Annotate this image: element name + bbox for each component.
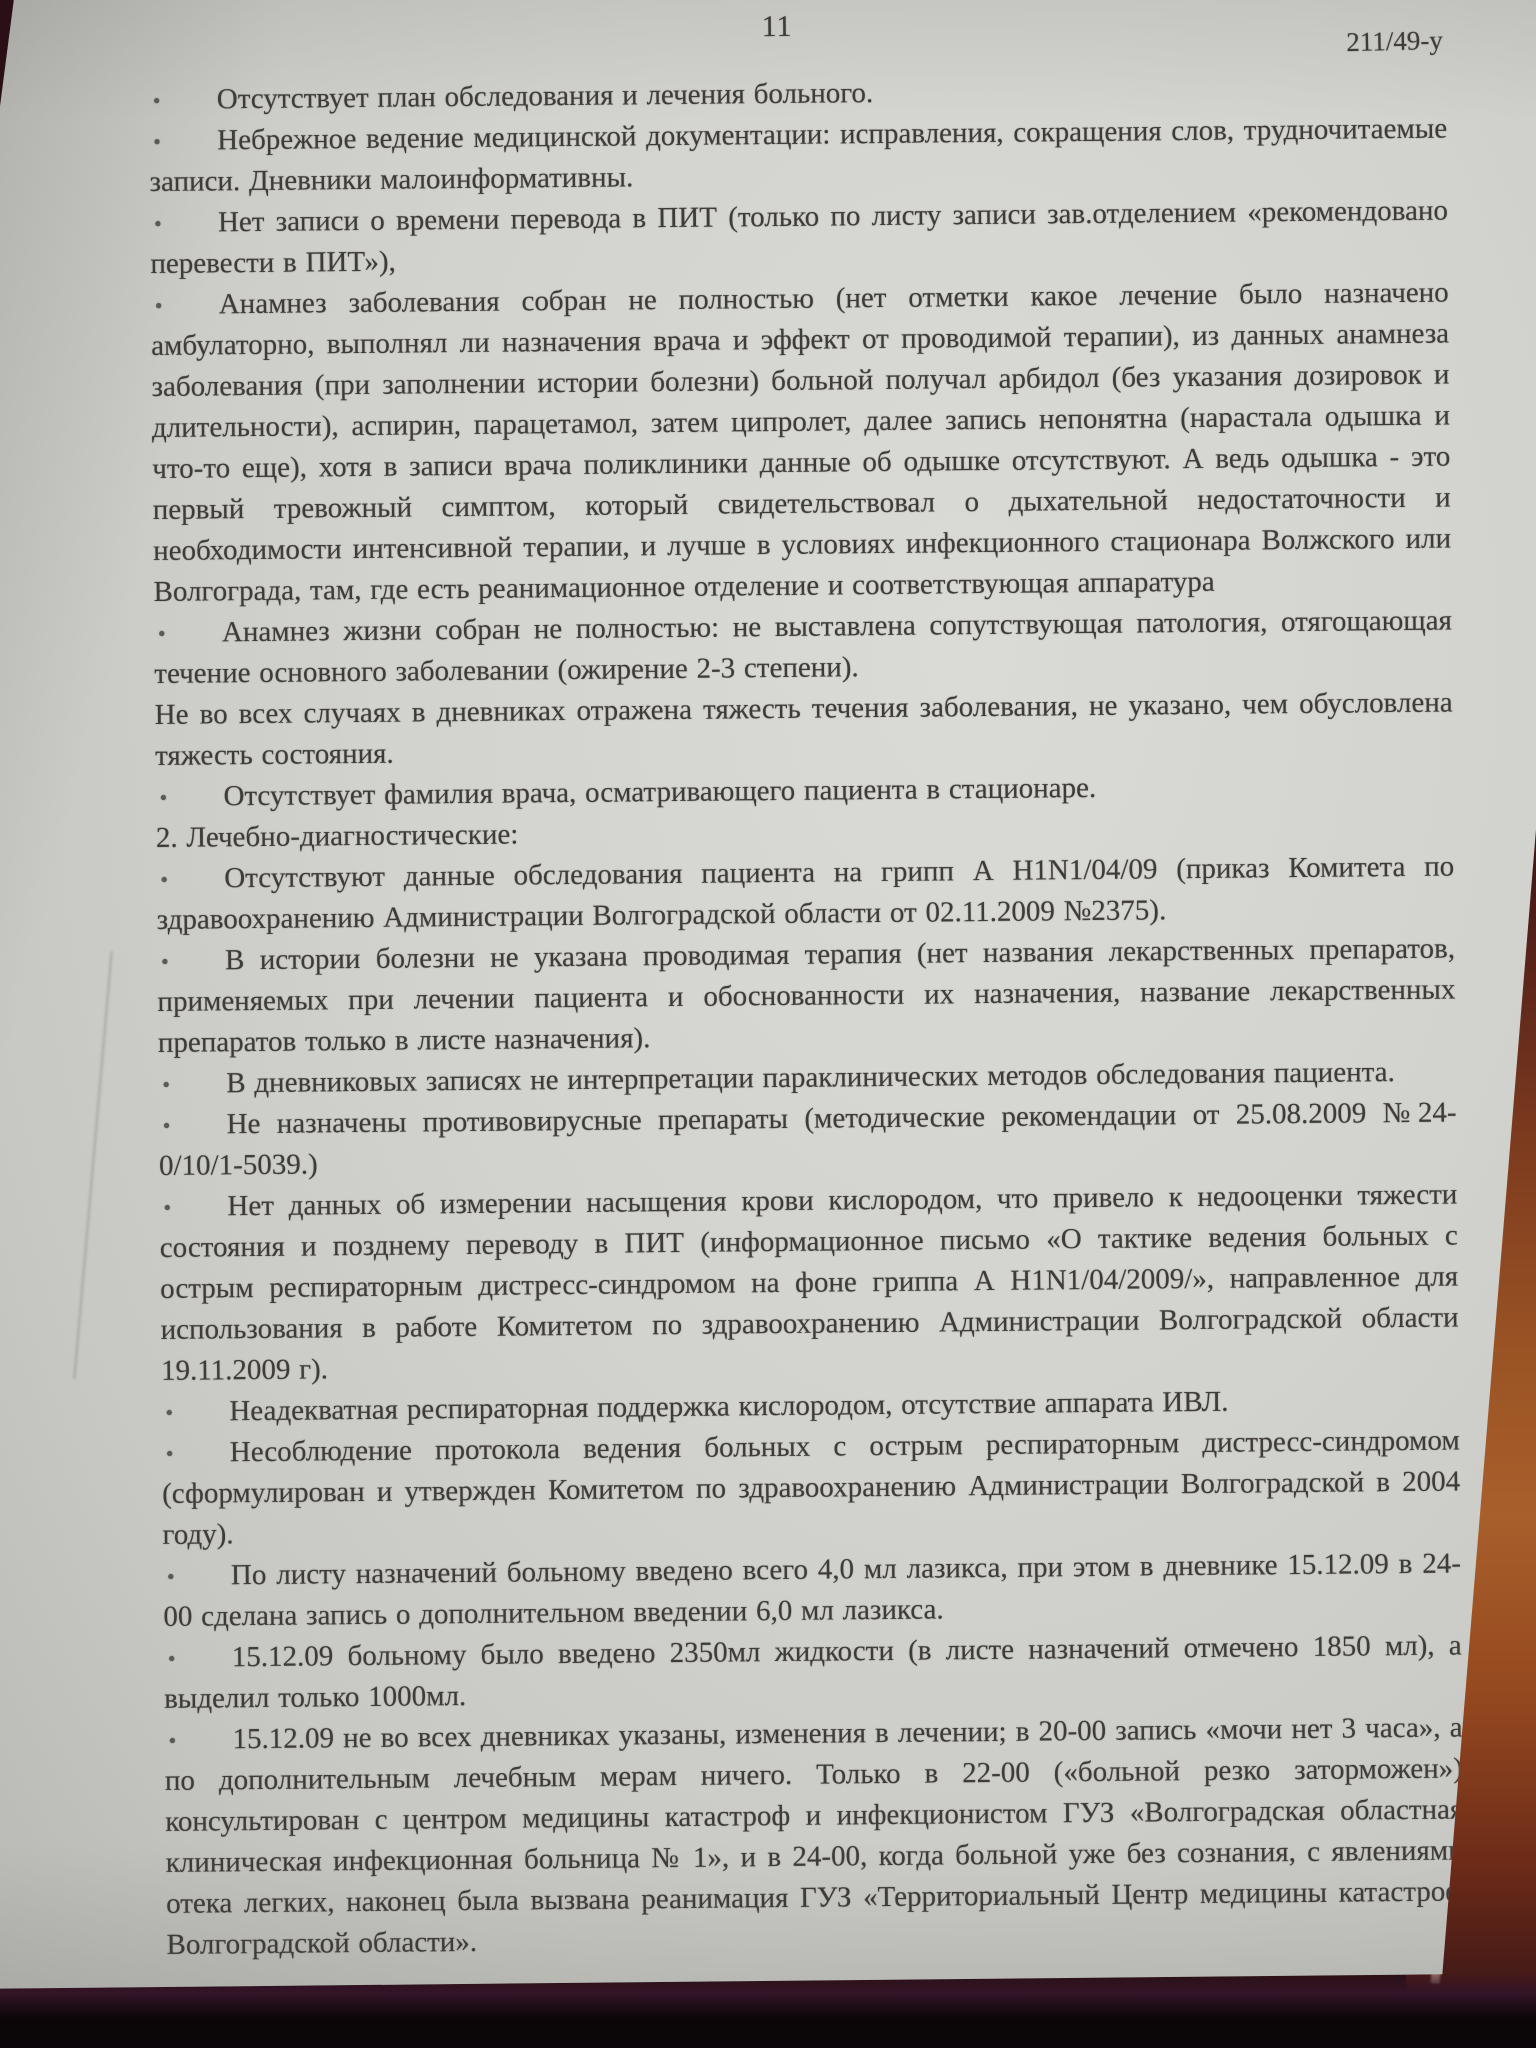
page-header: 11 211/49-у bbox=[148, 4, 1446, 72]
paragraph-text: 15.12.09 не во всех дневниках указаны, и… bbox=[165, 1711, 1464, 1960]
paragraph: •Несоблюдение протокола ведения больных … bbox=[162, 1420, 1461, 1555]
document-page: 11 211/49-у •Отсутствует план обследован… bbox=[0, 0, 1536, 2048]
bullet-icon: • bbox=[162, 1105, 170, 1146]
paragraph: •Нет данных об измерении насыщения крови… bbox=[159, 1174, 1459, 1391]
paragraph-text: Нет записи о времени перевода в ПИТ (тол… bbox=[150, 195, 1448, 280]
photo-background: 11 211/49-у •Отсутствует план обследован… bbox=[0, 0, 1536, 2048]
bullet-icon: • bbox=[167, 1556, 175, 1597]
paragraph: •В истории болезни не указана проводимая… bbox=[157, 928, 1456, 1063]
bullet-icon: • bbox=[159, 777, 167, 818]
paragraph: •По листу назначений больному введено вс… bbox=[163, 1543, 1462, 1637]
paragraph-text: Анамнез заболевания собран не полностью … bbox=[151, 277, 1451, 608]
paragraph: Не во всех случаях в дневниках отражена … bbox=[155, 683, 1454, 777]
document-content: 11 211/49-у •Отсутствует план обследован… bbox=[148, 4, 1465, 1966]
paragraph-text: В истории болезни не указана проводимая … bbox=[157, 932, 1455, 1058]
paragraph-text: Отсутствует фамилия врача, осматривающег… bbox=[223, 772, 1096, 812]
bullet-icon: • bbox=[153, 121, 161, 162]
paragraph: •Анамнез жизни собран не полностью: не в… bbox=[154, 601, 1453, 695]
paragraph-text: В дневниковых записях не интерпретации п… bbox=[226, 1056, 1395, 1099]
paragraph-text: Несоблюдение протокола ведения больных с… bbox=[162, 1424, 1460, 1550]
paragraph-text: Не назначены противовирусные препараты (… bbox=[159, 1096, 1457, 1181]
paper-crease-line bbox=[73, 951, 112, 1380]
bullet-icon: • bbox=[161, 941, 169, 982]
bullet-icon: • bbox=[165, 1392, 173, 1433]
bullet-icon: • bbox=[153, 80, 161, 121]
paragraph-text: Не во всех случаях в дневниках отражена … bbox=[155, 687, 1453, 772]
bullet-icon: • bbox=[162, 1064, 170, 1105]
paragraph-text: Анамнез жизни собран не полностью: не вы… bbox=[154, 605, 1452, 690]
paragraph: •Отсутствуют данные обследования пациент… bbox=[156, 847, 1455, 941]
paragraph: •15.12.09 больному было введено 2350мл ж… bbox=[164, 1625, 1463, 1719]
bullet-icon: • bbox=[168, 1638, 176, 1679]
paragraph: •Небрежное ведение медицинской документа… bbox=[149, 109, 1448, 203]
bullet-icon: • bbox=[168, 1720, 176, 1761]
paragraph-text: Неадекватная респираторная поддержка кис… bbox=[229, 1386, 1228, 1428]
paragraph-text: 2. Лечебно-диагностические: bbox=[156, 818, 519, 853]
page-number: 11 bbox=[148, 4, 1446, 50]
paragraph: •Не назначены противовирусные препараты … bbox=[158, 1092, 1457, 1186]
bullet-icon: • bbox=[155, 285, 163, 326]
paragraph: •15.12.09 не во всех дневниках указаны, … bbox=[164, 1707, 1464, 1965]
document-code: 211/49-у bbox=[1345, 25, 1442, 58]
paragraph-text: Отсутствует план обследования и лечения … bbox=[217, 77, 874, 115]
paragraph-text: По листу назначений больному введено все… bbox=[163, 1547, 1461, 1632]
paragraph-text: Отсутствуют данные обследования пациента… bbox=[157, 851, 1455, 936]
bullet-icon: • bbox=[163, 1187, 171, 1228]
bullet-icon: • bbox=[154, 203, 162, 244]
bullet-icon: • bbox=[160, 859, 168, 900]
document-body: •Отсутствует план обследования и лечения… bbox=[149, 68, 1465, 1966]
paragraph: •Анамнез заболевания собран не полностью… bbox=[151, 273, 1452, 613]
paragraph-text: Небрежное ведение медицинской документац… bbox=[149, 113, 1447, 198]
paragraph: •Нет записи о времени перевода в ПИТ (то… bbox=[150, 191, 1449, 285]
paragraph-text: 15.12.09 больному было введено 2350мл жи… bbox=[164, 1629, 1462, 1714]
paragraph-text: Нет данных об измерении насыщения крови … bbox=[160, 1178, 1459, 1386]
bullet-icon: • bbox=[158, 613, 166, 654]
bullet-icon: • bbox=[166, 1433, 174, 1474]
